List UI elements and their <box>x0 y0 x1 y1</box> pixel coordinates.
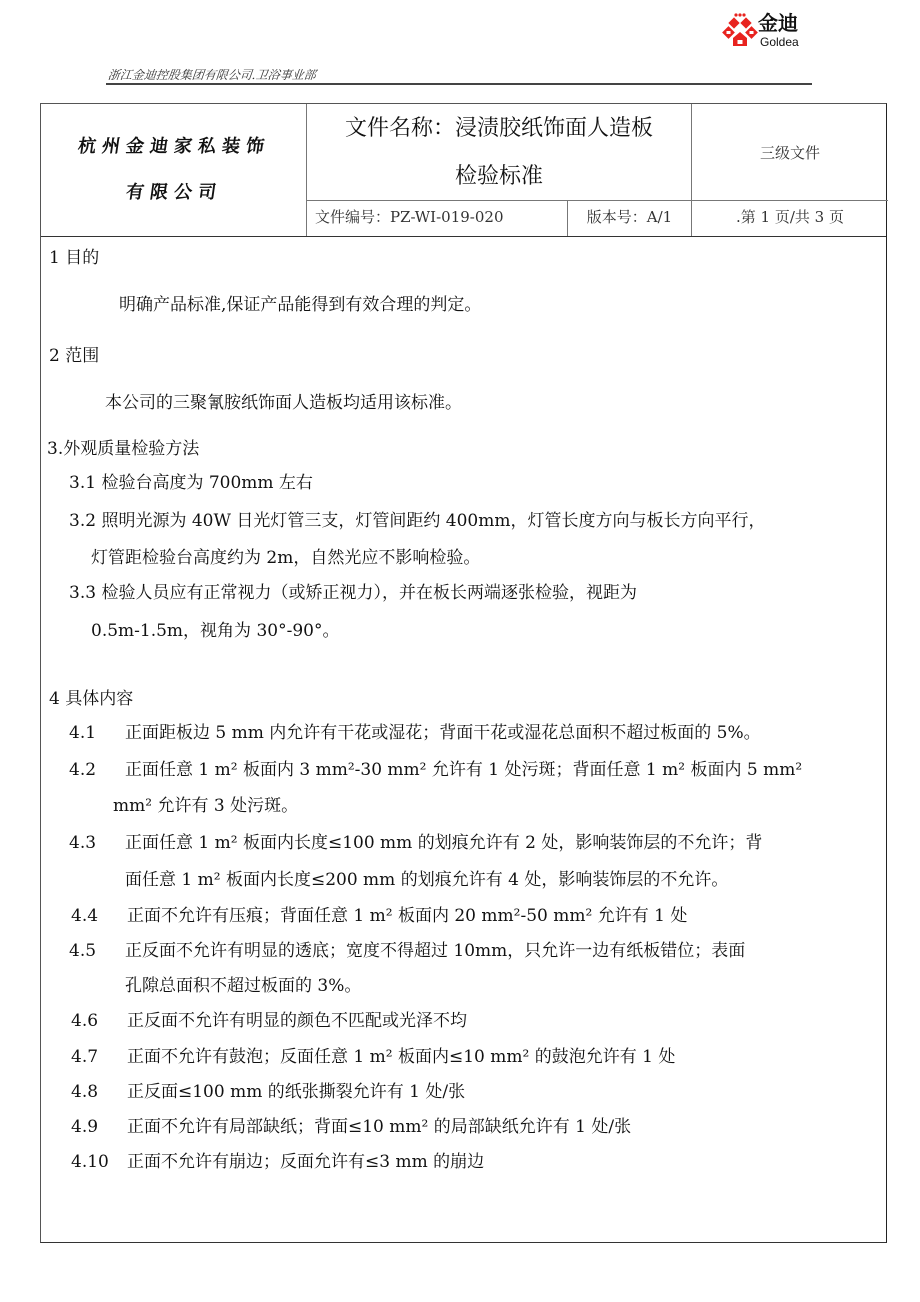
section-2-text: 本公司的三聚氰胺纸饰面人造板均适用该标准。 <box>105 391 462 415</box>
item-4-9-number: 4.9 <box>71 1115 98 1139</box>
company-cell: 杭州金迪家私装饰 有限公司 <box>41 104 307 236</box>
item-4-5-line2: 孔隙总面积不超过板面的 3%。 <box>125 974 361 998</box>
company-name-line1: 杭州金迪家私装饰 <box>74 124 272 170</box>
item-4-5-number: 4.5 <box>69 939 96 963</box>
document-title-line2: 检验标准 <box>307 160 691 194</box>
item-3-2-line1: 3.2 照明光源为 40W 日光灯管三支，灯管间距约 400mm，灯管长度方向与… <box>69 509 765 533</box>
version-number: 版本号：A/1 <box>568 201 692 236</box>
section-2-heading: 2 范围 <box>49 344 99 368</box>
document-title-line1: 文件名称：浸渍胶纸饰面人造板 <box>307 112 691 146</box>
item-4-2-line2: mm² 允许有 3 处污斑。 <box>113 794 298 818</box>
item-3-2-line2: 灯管距检验台高度约为 2m，自然光应不影响检验。 <box>91 546 480 570</box>
item-4-10-line1: 正面不允许有崩边；反面允许有≤3 mm 的崩边 <box>127 1150 484 1174</box>
section-3-heading: 3.外观质量检验方法 <box>47 437 199 461</box>
item-4-7-line1: 正面不允许有鼓泡；反面任意 1 m² 板面内≤10 mm² 的鼓泡允许有 1 处 <box>127 1045 675 1069</box>
header-rule <box>106 83 812 85</box>
item-4-3-number: 4.3 <box>69 831 96 855</box>
item-3-3-line1: 3.3 检验人员应有正常视力（或矫正视力），并在板长两端逐张检验，视距为 <box>69 581 637 605</box>
item-4-8-line1: 正反面≤100 mm 的纸张撕裂允许有 1 处/张 <box>127 1080 465 1104</box>
document-title-cell: 文件名称：浸渍胶纸饰面人造板 检验标准 <box>307 104 692 201</box>
document-level: 三级文件 <box>692 104 888 201</box>
item-3-3-line2: 0.5m-1.5m，视角为 30°-90°。 <box>91 619 339 643</box>
item-4-2-line1: 正面任意 1 m² 板面内 3 mm²-30 mm² 允许有 1 处污斑；背面任… <box>125 758 802 782</box>
item-4-8-number: 4.8 <box>71 1080 98 1104</box>
item-4-4-line1: 正面不允许有压痕；背面任意 1 m² 板面内 20 mm²-50 mm² 允许有… <box>127 904 687 928</box>
item-4-10-number: 4.10 <box>71 1150 109 1174</box>
section-1-text: 明确产品标准,保证产品能得到有效合理的判定。 <box>119 293 481 317</box>
logo-english-name: Goldea <box>760 35 799 49</box>
document-number: 文件编号：PZ-WI-019-020 <box>307 201 568 236</box>
section-1-heading: 1 目的 <box>49 246 99 270</box>
logo-chinese-name: 金迪 <box>758 12 798 34</box>
item-4-6-line1: 正反面不允许有明显的颜色不匹配或光泽不均 <box>127 1009 467 1033</box>
item-4-4-number: 4.4 <box>71 904 98 928</box>
page-indicator: .第 1 页/共 3 页 <box>692 201 888 236</box>
document-header-table: 杭州金迪家私装饰 有限公司 文件名称：浸渍胶纸饰面人造板 检验标准 三级文件 文… <box>41 104 886 237</box>
item-4-7-number: 4.7 <box>71 1045 98 1069</box>
item-4-5-line1: 正反面不允许有明显的透底；宽度不得超过 10mm，只允许一边有纸板错位；表面 <box>125 939 745 963</box>
section-4-heading: 4 具体内容 <box>49 687 133 711</box>
goldea-logo: 金迪 Goldea <box>722 8 812 50</box>
item-3-1: 3.1 检验台高度为 700mm 左右 <box>69 471 313 495</box>
item-4-6-number: 4.6 <box>71 1009 98 1033</box>
running-header: 浙江金迪控股集团有限公司.卫浴事业部 <box>107 66 317 83</box>
document-frame: 杭州金迪家私装饰 有限公司 文件名称：浸渍胶纸饰面人造板 检验标准 三级文件 文… <box>40 103 887 1243</box>
item-4-1-line1: 正面距板边 5 mm 内允许有干花或湿花；背面干花或湿花总面积不超过板面的 5%… <box>125 721 761 745</box>
item-4-2-number: 4.2 <box>69 758 96 782</box>
company-name-line2: 有限公司 <box>122 170 224 216</box>
item-4-3-line1: 正面任意 1 m² 板面内长度≤100 mm 的划痕允许有 2 处，影响装饰层的… <box>125 831 762 855</box>
item-4-9-line1: 正面不允许有局部缺纸；背面≤10 mm² 的局部缺纸允许有 1 处/张 <box>127 1115 631 1139</box>
item-4-1-number: 4.1 <box>69 721 96 745</box>
goldea-emblem-icon <box>722 12 758 48</box>
item-4-3-line2: 面任意 1 m² 板面内长度≤200 mm 的划痕允许有 4 处，影响装饰层的不… <box>125 868 728 892</box>
